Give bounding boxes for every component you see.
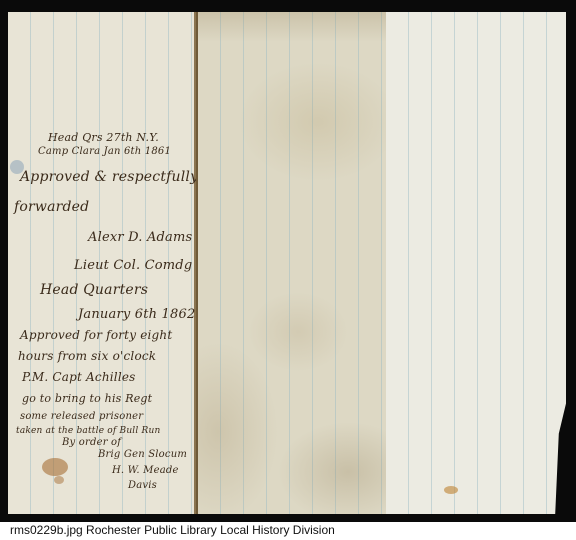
handwritten-line: P.M. Capt Achilles (22, 370, 136, 384)
handwritten-line: By order of (62, 437, 121, 448)
handwritten-line: some released prisoner (20, 411, 143, 422)
handwritten-line: Brig Gen Slocum (98, 449, 187, 460)
left-panel-endorsement: Head Qrs 27th N.Y.Camp Clara Jan 6th 186… (8, 12, 196, 514)
handwritten-line: Davis (128, 480, 157, 491)
handwritten-line: Head Quarters (40, 282, 148, 298)
handwritten-line: H. W. Meade (112, 465, 179, 476)
image-caption: rms0229b.jpg Rochester Public Library Lo… (10, 523, 335, 537)
handwritten-line: Lieut Col. Comdg (74, 258, 192, 273)
handwritten-line: hours from six o'clock (18, 349, 156, 363)
handwritten-line: January 6th 1862 (78, 307, 195, 322)
rust-stain (54, 476, 64, 484)
rust-stain (444, 486, 458, 494)
water-stain (198, 12, 386, 514)
handwritten-line: go to bring to his Regt (22, 392, 152, 405)
handwritten-line: Alexr D. Adams (88, 230, 192, 245)
handwritten-line: Approved & respectfully (20, 169, 198, 185)
rust-stain (42, 458, 68, 476)
handwritten-line: forwarded (14, 199, 89, 215)
handwritten-line: taken at the battle of Bull Run (16, 426, 161, 436)
handwritten-line: Head Qrs 27th N.Y. (48, 131, 159, 144)
handwritten-line: Approved for forty eight (20, 328, 172, 342)
middle-panel (196, 12, 388, 514)
handwritten-line: Camp Clara Jan 6th 1861 (38, 146, 171, 157)
right-panel (386, 12, 566, 514)
